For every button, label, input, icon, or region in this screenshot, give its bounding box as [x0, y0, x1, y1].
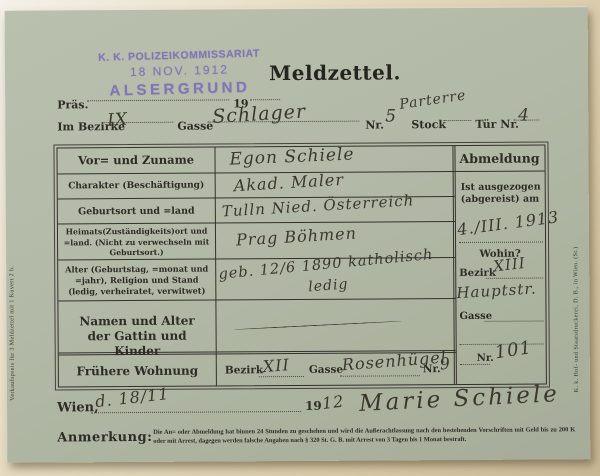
registration-table: Vor= und Zuname Charakter (Beschäftigung… — [56, 144, 546, 387]
fw-bezirk-label: Bezirk — [225, 364, 263, 376]
year-printed: 19 — [305, 399, 322, 413]
stock-label: Stock — [411, 118, 446, 131]
gasse-value: Schlager — [212, 101, 307, 128]
ausgezogen-label-1: Ist ausgezogen — [461, 182, 541, 193]
wohin-gasse-dotted — [485, 320, 544, 321]
fw-bezirk-value: XII — [262, 355, 290, 376]
wohin-strasse-value: Hauptstr. — [456, 279, 537, 302]
row-label-geburtsort: Geburtsort und =land — [58, 206, 215, 218]
ausgezogen-label-2: (abgereist) am — [461, 194, 539, 205]
anmerkung-label: Anmerkung: — [57, 430, 152, 446]
hausnummer-value: 5 — [385, 106, 397, 126]
form-title: Meldzettel. — [240, 60, 430, 85]
fw-bezirk-dotted — [259, 376, 304, 377]
bezirk-value: IX — [107, 110, 129, 131]
fw-nr-label: Nr. — [423, 363, 441, 375]
stock-value: Parterre — [398, 87, 467, 113]
tuer-value: 4 — [518, 106, 530, 126]
wohin-nr-label: Nr. — [477, 353, 494, 364]
row-label-heimatsort: Heimats(Zuständigkeits)ort und =land. (N… — [58, 227, 215, 260]
row-label-name: Vor= und Zuname — [57, 153, 214, 168]
abmeldung-dotted-3 — [460, 364, 490, 365]
bezirk-dotted-line — [101, 122, 173, 123]
geburtsort-value: Tulln Nied. Österreich — [221, 191, 414, 220]
anmerkung-text: Die An= oder Abmeldung hat binnen 24 Stu… — [153, 426, 575, 447]
fruehere-wohnung-label: Frühere Wohnung — [59, 364, 216, 379]
row-divider — [58, 298, 455, 301]
row-label-charakter: Charakter (Beschäftigung) — [58, 181, 215, 192]
fw-gasse-dotted — [340, 375, 420, 376]
tuer-dotted-line — [513, 120, 539, 121]
form-paper: K. K. POLIZEIKOMMISSARIAT 18 NOV. 1912 A… — [5, 7, 591, 463]
abmeldung-dotted-1 — [459, 242, 543, 244]
hausnummer-label: Nr. — [365, 118, 384, 131]
fw-nr-value: 9 — [439, 354, 452, 374]
scanned-registration-form: K. K. POLIZEIKOMMISSARIAT 18 NOV. 1912 A… — [0, 0, 600, 476]
stock-dotted-line — [443, 120, 471, 121]
ausgezogen-date-value: 4./III. 1913 — [456, 207, 560, 239]
row-divider — [58, 221, 455, 224]
left-margin-note: Verkaufspreis für 3 Meldzettel mit 1 Kuv… — [8, 151, 16, 401]
year-hand-value: 12 — [321, 392, 345, 413]
heimatsort-value: Prag Böhmen — [236, 223, 358, 249]
right-margin-note: K. k. Hof- und Staatsdruckerei, D. B., i… — [572, 142, 580, 392]
date-dotted-line — [91, 411, 301, 413]
abmeldung-column-divider — [452, 146, 456, 384]
beruf-value: Akad. Maler — [233, 170, 344, 195]
row-label-alter-religion-stand: Alter (Geburtstag, =monat und =jahr), Re… — [58, 264, 215, 298]
praes-year-dotted-line — [250, 99, 280, 100]
signature: Marie Schiele — [358, 381, 560, 417]
praes-dotted-line — [87, 99, 229, 101]
date-hand-value: d. 18/11 — [94, 384, 170, 411]
name-value: Egon Schiele — [229, 144, 355, 169]
wohin-nr-value: 101 — [493, 337, 533, 363]
abmeldung-title-underline — [453, 170, 545, 172]
blank-entry-stroke — [234, 321, 402, 330]
row-label-gattin-kinder: Namen und Alter der Gattin und Kinder — [58, 314, 215, 360]
fw-gasse-label: Gasse — [309, 364, 343, 376]
abmeldung-title: Abmeldung — [454, 150, 544, 166]
praes-label: Präs. — [57, 98, 88, 111]
wohin-bezirk-value: XIII — [492, 254, 526, 275]
stand-value: ledig — [308, 276, 349, 295]
